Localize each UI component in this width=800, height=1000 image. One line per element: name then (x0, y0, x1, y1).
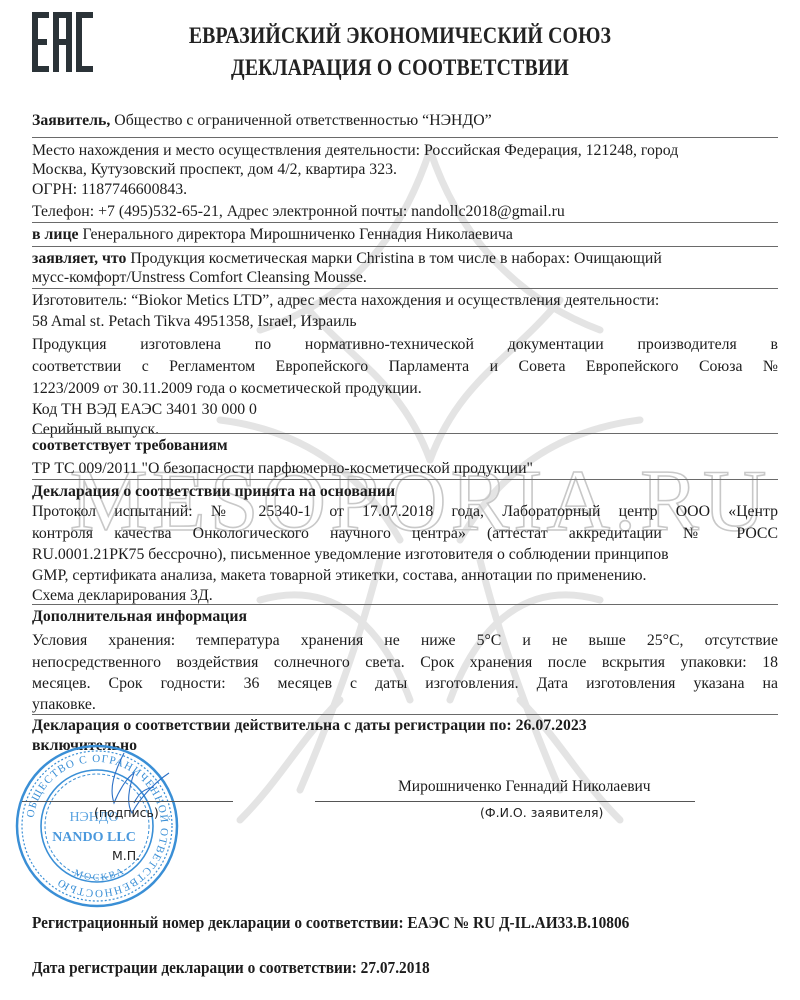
declares-line-1: заявляет, что Продукция косметическая ма… (32, 250, 778, 268)
document-title: ДЕКЛАРАЦИЯ О СООТВЕТСТВИИ (56, 55, 744, 81)
name-line (315, 801, 695, 802)
name-label: (Ф.И.О. заявителя) (480, 805, 603, 820)
divider (32, 479, 778, 480)
represented-by-row: в лице Генерального директора Мирошничен… (32, 226, 778, 244)
additional-line-4: упаковке. (32, 696, 778, 714)
union-title: ЕВРАЗИЙСКИЙ ЭКОНОМИЧЕСКИЙ СОЮЗ (56, 23, 744, 49)
manufacturer-line-2: 58 Amal st. Petach Tikva 4951358, Israel… (32, 313, 778, 331)
compliance-heading: соответствует требованиям (32, 437, 778, 455)
manufacturer-line-1: Изготовитель: “Biokor Metics LTD”, адрес… (32, 292, 778, 310)
additional-line-2: непосредственного воздействия солнечного… (32, 654, 778, 672)
contacts: Телефон: +7 (495)532-65-21, Адрес электр… (32, 203, 778, 221)
divider (32, 604, 778, 605)
applicant-row: Заявитель, Общество с ограниченной ответ… (32, 112, 778, 130)
additional-line-1: Условия хранения: температура хранения н… (32, 632, 778, 650)
ogrn: ОГРН: 1187746600843. (32, 181, 778, 199)
additional-heading: Дополнительная информация (32, 608, 778, 626)
company-stamp: ОБЩЕСТВО С ОГРАНИЧЕННОЙ ОТВЕТСТВЕННОСТЬЮ… (14, 743, 180, 909)
basis-heading: Декларация о соответствии принята на осн… (32, 483, 778, 501)
signature-label: (подпись) (94, 805, 159, 820)
compliance-regulation: ТР ТС 009/2011 "О безопасности парфюмерн… (32, 460, 778, 478)
divider (32, 288, 778, 289)
address-line-1: Место нахождения и место осуществления д… (32, 142, 778, 160)
applicant-value: Общество с ограниченной ответственностью… (110, 112, 491, 129)
stamp-city: МОСКВА (72, 865, 127, 883)
registration-number: Регистрационный номер декларации о соотв… (32, 913, 629, 933)
additional-line-3: месяцев. Срок годности: 36 месяцев с дат… (32, 675, 778, 693)
basis-line-4: GMP, сертификата анализа, макета товарно… (32, 567, 778, 585)
applicant-full-name: Мирошниченко Геннадий Николаевич (398, 778, 651, 796)
hs-code: Код ТН ВЭД ЕАЭС 3401 30 000 0 (32, 401, 778, 419)
declares-label: заявляет, что (32, 250, 126, 267)
basis-line-3: RU.0001.21РК75 бессрочно), письменное ув… (32, 546, 778, 564)
registration-date: Дата регистрации декларации о соответств… (32, 958, 430, 978)
divider (32, 714, 778, 715)
svg-text:МОСКВА: МОСКВА (72, 865, 127, 883)
represented-by-label: в лице (32, 226, 79, 243)
divider (32, 433, 778, 434)
signature-line (22, 801, 233, 802)
stamp-name-en: NANDO LLC (52, 830, 136, 845)
declaration-scheme: Схема декларирования 3Д. (32, 587, 778, 605)
divider (32, 246, 778, 247)
production-line-2: соответствии с Регламентом Европейского … (32, 358, 778, 376)
basis-line-2: контроля качества Онкологического научно… (32, 525, 778, 543)
represented-by-value: Генерального директора Мирошниченко Генн… (79, 226, 513, 243)
production-line-1: Продукция изготовлена по нормативно-техн… (32, 336, 778, 354)
production-line-3: 1223/2009 от 30.11.2009 года о косметиче… (32, 380, 778, 398)
declares-line-2: мусс-комфорт/Unstress Comfort Cleansing … (32, 269, 778, 287)
address-line-2: Москва, Кутузовский проспект, дом 4/2, к… (32, 161, 778, 179)
validity-line-1: Декларация о соответствии действительна … (32, 717, 778, 735)
seal-label: М.П. (112, 848, 140, 863)
divider (32, 137, 778, 138)
applicant-label: Заявитель, (32, 112, 110, 129)
basis-line-1: Протокол испытаний: № 25340-1 от 17.07.2… (32, 503, 778, 521)
declares-text: Продукция косметическая марки Christina … (126, 250, 661, 267)
divider (32, 222, 778, 223)
